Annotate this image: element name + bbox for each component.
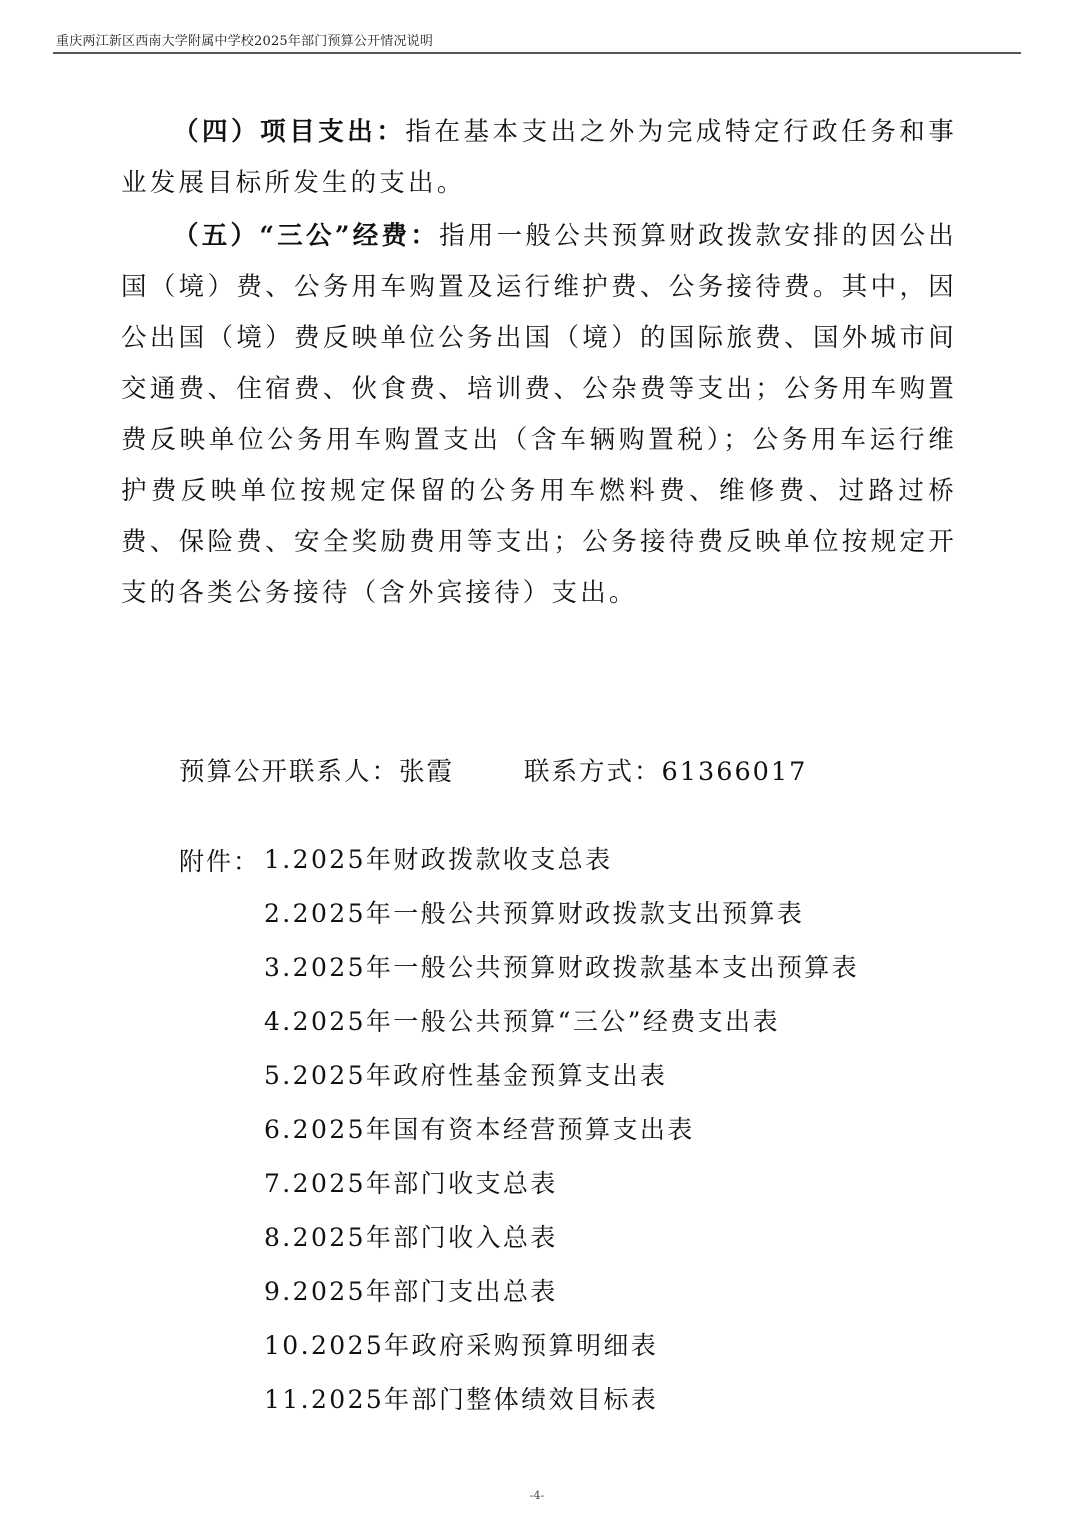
contact-person-label: 预算公开联系人： bbox=[179, 757, 399, 787]
attachment-item: 4.2025年一般公共预算“三公”经费支出表 bbox=[264, 1004, 859, 1058]
attachment-item: 1.2025年财政拨款收支总表 bbox=[264, 842, 859, 896]
attachment-item: 10.2025年政府采购预算明细表 bbox=[264, 1328, 859, 1382]
header-title: 重庆两江新区西南大学附属中学校2025年部门预算公开情况说明 bbox=[56, 30, 433, 49]
attachment-item: 2.2025年一般公共预算财政拨款支出预算表 bbox=[264, 896, 859, 950]
section-heading: （四）项目支出： bbox=[173, 117, 405, 147]
attachment-item: 5.2025年政府性基金预算支出表 bbox=[264, 1058, 859, 1112]
contact-phone-label: 联系方式： bbox=[524, 757, 662, 787]
attachment-item: 3.2025年一般公共预算财政拨款基本支出预算表 bbox=[264, 950, 859, 1004]
section-project-expenditure: （四）项目支出：指在基本支出之外为完成特定行政任务和事业发展目标所发生的支出。 bbox=[121, 107, 957, 209]
attachments-list: 1.2025年财政拨款收支总表 2.2025年一般公共预算财政拨款支出预算表 3… bbox=[264, 842, 859, 1436]
section-heading: （五）“三公”经费： bbox=[173, 221, 439, 251]
section-body: 指用一般公共预算财政拨款安排的因公出国（境）费、公务用车购置及运行维护费、公务接… bbox=[121, 221, 957, 608]
contact-line: 预算公开联系人：张霞联系方式：61366017 bbox=[179, 752, 807, 788]
attachments-label: 附件： bbox=[179, 842, 260, 878]
attachment-item: 7.2025年部门收支总表 bbox=[264, 1166, 859, 1220]
contact-phone: 61366017 bbox=[662, 757, 808, 787]
page-number: -4- bbox=[0, 1489, 1074, 1502]
attachment-item: 6.2025年国有资本经营预算支出表 bbox=[264, 1112, 859, 1166]
attachment-item: 11.2025年部门整体绩效目标表 bbox=[264, 1382, 859, 1436]
attachment-item: 8.2025年部门收入总表 bbox=[264, 1220, 859, 1274]
header-divider bbox=[53, 52, 1021, 54]
attachment-item: 9.2025年部门支出总表 bbox=[264, 1274, 859, 1328]
contact-person: 张霞 bbox=[399, 757, 454, 787]
section-three-public-expenses: （五）“三公”经费：指用一般公共预算财政拨款安排的因公出国（境）费、公务用车购置… bbox=[121, 211, 957, 619]
